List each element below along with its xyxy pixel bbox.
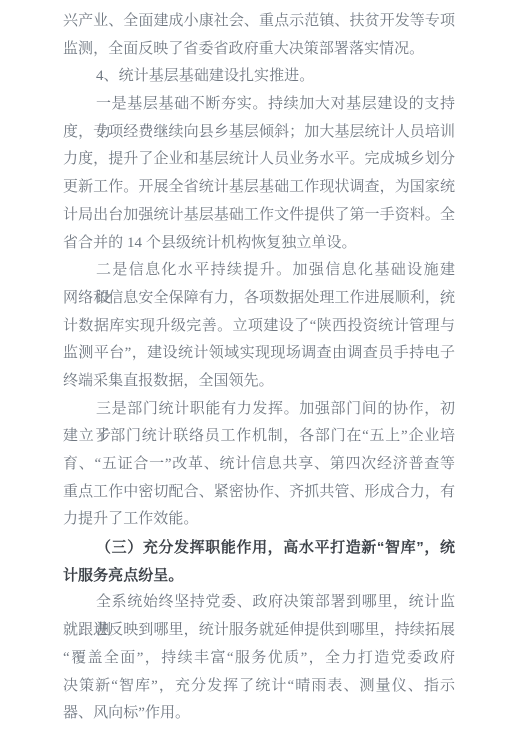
text-line: 监测平台”，建设统计领域实现现场调查由调查员手持电子 bbox=[63, 340, 455, 368]
text-line: 计局出台加强统计基层基础工作文件提供了第一手资料。全 bbox=[63, 202, 455, 230]
text-line: 省合并的 14 个县级统计机构恢复独立单设。 bbox=[63, 230, 455, 258]
text-line: 二是信息化水平持续提升。加强信息化基础设施建设， bbox=[63, 257, 455, 285]
numbered-heading-line: 4、统计基层基础建设扎实推进。 bbox=[63, 63, 455, 91]
text-line: 网络和信息安全保障有力，各项数据处理工作进展顺利，统 bbox=[63, 285, 455, 313]
text-line: 器、风向标”作用。 bbox=[63, 700, 455, 728]
text-line: 度，专项经费继续向县乡基层倾斜；加大基层统计人员培训 bbox=[63, 119, 455, 147]
section-heading-line: 计服务亮点纷呈。 bbox=[63, 562, 455, 590]
text-line: 更新工作。开展全省统计基层基础工作现状调查，为国家统 bbox=[63, 174, 455, 202]
text-line: 计数据库实现升级完善。立项建设了“陕西投资统计管理与 bbox=[63, 313, 455, 341]
text-line: 就跟进反映到哪里，统计服务就延伸提供到哪里，持续拓展 bbox=[63, 617, 455, 645]
text-line: 终端采集直报数据，全国领先。 bbox=[63, 368, 455, 396]
text-line: “覆盖全面”，持续丰富“服务优质”，全力打造党委政府 bbox=[63, 645, 455, 673]
text-line: 兴产业、全面建成小康社会、重点示范镇、扶贫开发等专项 bbox=[63, 8, 455, 36]
text-line: 三是部门统计职能有力发挥。加强部门间的协作，初步 bbox=[63, 396, 455, 424]
section-heading-line: （三）充分发挥职能作用，高水平打造新“智库”，统 bbox=[63, 534, 455, 562]
text-line: 决策新“智库”，充分发挥了统计“晴雨表、测量仪、指示 bbox=[63, 673, 455, 701]
document-body: 兴产业、全面建成小康社会、重点示范镇、扶贫开发等专项 监测，全面反映了省委省政府… bbox=[63, 8, 455, 728]
text-line: 一是基层基础不断夯实。持续加大对基层建设的支持力 bbox=[63, 91, 455, 119]
text-line: 力度，提升了企业和基层统计人员业务水平。完成城乡划分 bbox=[63, 146, 455, 174]
text-line: 监测，全面反映了省委省政府重大决策部署落实情况。 bbox=[63, 36, 455, 64]
text-line: 全系统始终坚持党委、政府决策部署到哪里，统计监测 bbox=[63, 589, 455, 617]
text-line: 力提升了工作效能。 bbox=[63, 506, 455, 534]
text-line: 建立了部门统计联络员工作机制，各部门在“五上”企业培 bbox=[63, 423, 455, 451]
text-line: 育、“五证合一”改革、统计信息共享、第四次经济普查等 bbox=[63, 451, 455, 479]
text-line: 重点工作中密切配合、紧密协作、齐抓共管、形成合力，有 bbox=[63, 479, 455, 507]
document-page: 兴产业、全面建成小康社会、重点示范镇、扶贫开发等专项 监测，全面反映了省委省政府… bbox=[0, 0, 513, 738]
